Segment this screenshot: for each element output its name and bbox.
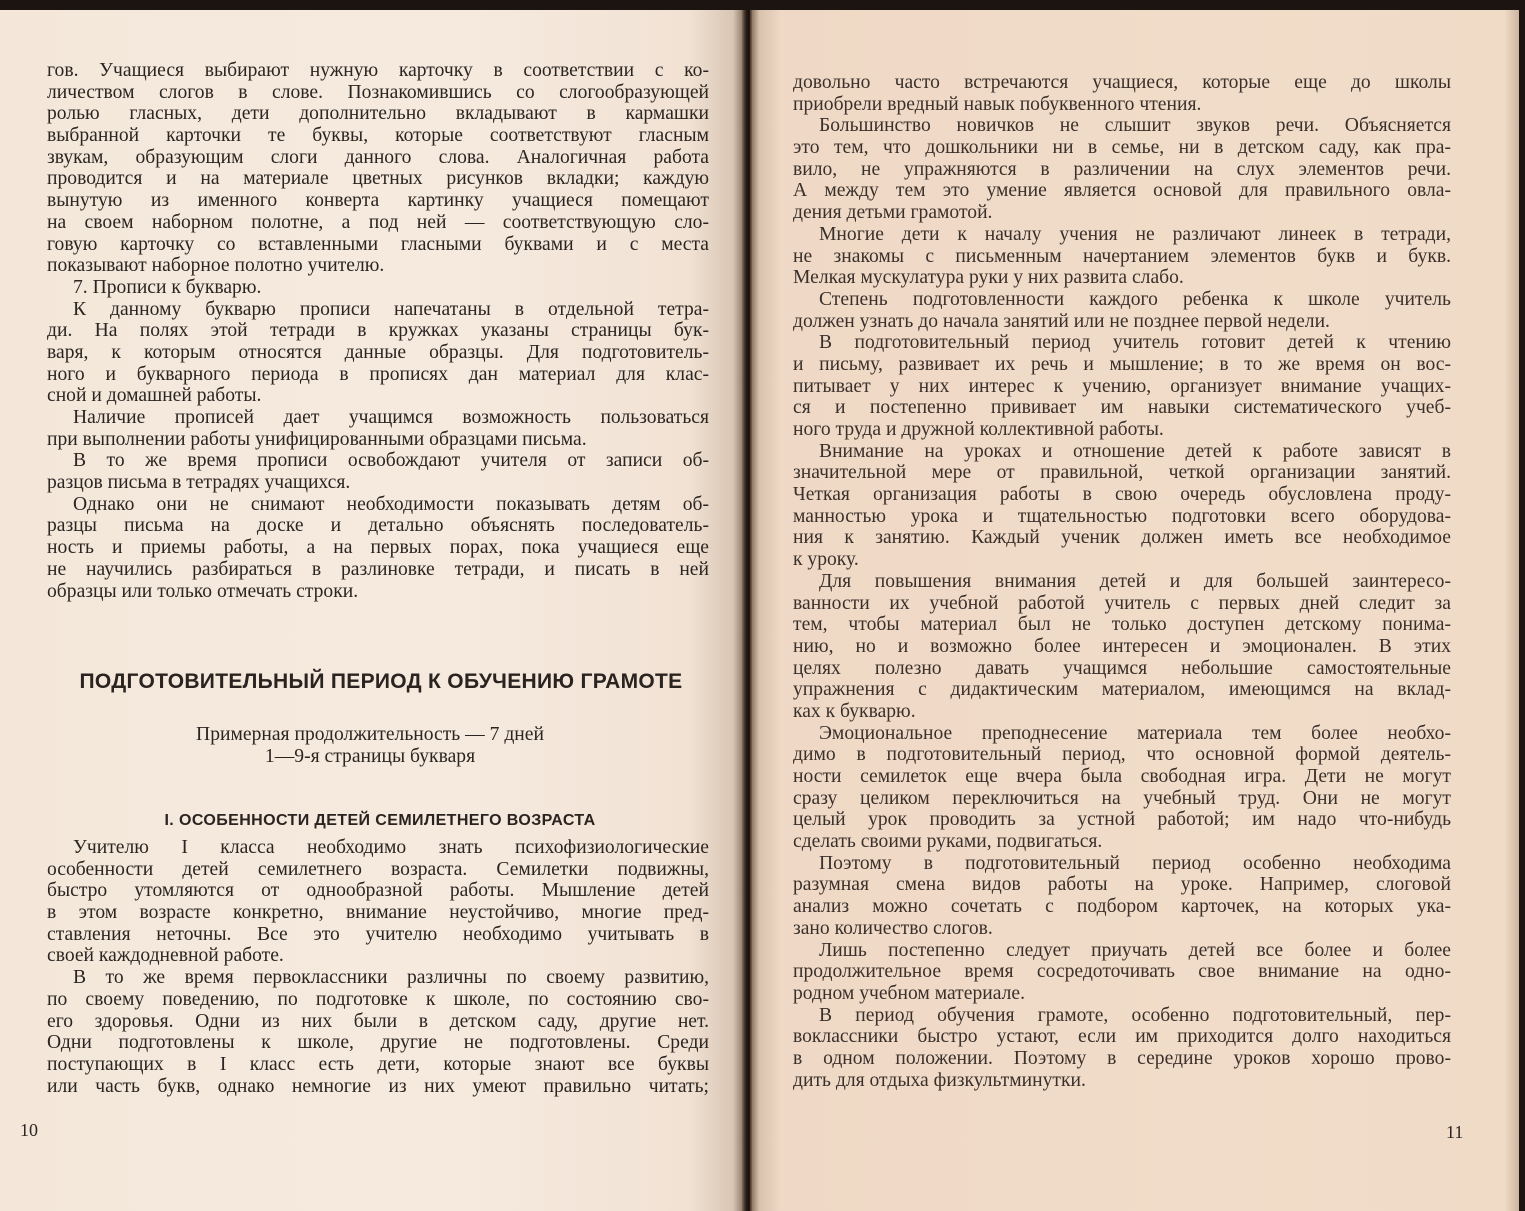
- chapter-heading: ПОДГОТОВИТЕЛЬНЫЙ ПЕРИОД К ОБУЧЕНИЮ ГРАМО…: [36, 670, 726, 694]
- paragraph: Для повышения внимания детей и для больш…: [793, 571, 1451, 723]
- text-line: Внимание на уроках и отношение детей к р…: [793, 441, 1451, 463]
- text-line: ность и приемы работы, а на первых порах…: [47, 537, 709, 559]
- text-line: ди. На полях этой тетради в кружках указ…: [47, 320, 709, 342]
- text-line: зано количество слогов.: [793, 918, 1451, 940]
- text-line: В подготовительный период учитель готови…: [793, 332, 1451, 354]
- paragraph: Эмоциональное преподнесение материала те…: [793, 723, 1451, 853]
- right-page-body: довольно часто встречаются учащиеся, кот…: [793, 72, 1451, 1091]
- paragraph: 7. Прописи к букварю.: [47, 277, 709, 299]
- page-number-right: 11: [1446, 1122, 1463, 1143]
- book-spread: гов. Учащиеся выбирают нужную карточку в…: [0, 0, 1525, 1211]
- text-line: образцы или только отмечать строки.: [47, 581, 709, 603]
- text-line: В период обучения грамоте, особенно подг…: [793, 1005, 1451, 1027]
- text-line: продолжительное время сосредоточивать св…: [793, 961, 1451, 983]
- text-line: личеством слогов в слове. Познакомившись…: [47, 82, 709, 104]
- text-line: димо в подготовительный период, что осно…: [793, 744, 1451, 766]
- text-line: родном учебном материале.: [793, 983, 1451, 1005]
- text-line: особенности детей семилетнего возраста. …: [47, 859, 709, 881]
- paragraph: Степень подготовленности каждого ребенка…: [793, 289, 1451, 332]
- text-line: выбранной карточки те буквы, которые соо…: [47, 125, 709, 147]
- text-line: ролью гласных, дети дополнительно вклады…: [47, 103, 709, 125]
- text-line: Лишь постепенно следует приучать детей в…: [793, 940, 1451, 962]
- text-line: гов. Учащиеся выбирают нужную карточку в…: [47, 60, 709, 82]
- text-line: ках к букварю.: [793, 701, 1451, 723]
- text-line: говую карточку со вставленными гласными …: [47, 234, 709, 256]
- text-line: Поэтому в подготовительный период особен…: [793, 853, 1451, 875]
- text-line: ного и букварного периода в прописях дан…: [47, 364, 709, 386]
- duration-line: Примерная продолжительность — 7 дней: [60, 724, 680, 746]
- text-line: целый урок проводить за устной работой; …: [793, 809, 1451, 831]
- text-line: разцы письма на доске и детально объясня…: [47, 515, 709, 537]
- paragraph: Многие дети к началу учения не различают…: [793, 224, 1451, 289]
- text-line: это тем, что дошкольники ни в семье, ни …: [793, 137, 1451, 159]
- text-line: к уроку.: [793, 549, 1451, 571]
- text-line: не научились разбираться в разлиновке те…: [47, 559, 709, 581]
- text-line: Одни подготовлены к школе, другие не под…: [47, 1032, 709, 1054]
- paragraph: Учителю I класса необходимо знать психоф…: [47, 837, 709, 967]
- text-line: поступающих в I класс есть дети, которые…: [47, 1054, 709, 1076]
- text-line: Четкая организация работы в свою очередь…: [793, 484, 1451, 506]
- text-line: быстро утомляются от однообразной работы…: [47, 880, 709, 902]
- paragraph: В подготовительный период учитель готови…: [793, 332, 1451, 440]
- paragraph: В период обучения грамоте, особенно подг…: [793, 1005, 1451, 1092]
- text-line: разцов письма в тетрадях учащихся.: [47, 472, 709, 494]
- text-line: Многие дети к началу учения не различают…: [793, 224, 1451, 246]
- paragraph: Лишь постепенно следует приучать детей в…: [793, 940, 1451, 1005]
- text-line: в этом возрасте конкретно, внимание неус…: [47, 902, 709, 924]
- paragraph: довольно часто встречаются учащиеся, кот…: [793, 72, 1451, 115]
- paragraph: Поэтому в подготовительный период особен…: [793, 853, 1451, 940]
- text-line: упражнения с дидактическим материалом, и…: [793, 679, 1451, 701]
- text-line: манностью урока и тщательностью подготов…: [793, 506, 1451, 528]
- text-line: дения детьми грамотой.: [793, 202, 1451, 224]
- text-line: по своему поведению, по подготовке к шко…: [47, 989, 709, 1011]
- page-number-left: 10: [20, 1120, 38, 1141]
- text-line: Для повышения внимания детей и для больш…: [793, 571, 1451, 593]
- text-line: его здоровья. Одни из них были в детском…: [47, 1011, 709, 1033]
- chapter-subinfo: Примерная продолжительность — 7 дней 1—9…: [60, 724, 680, 768]
- scan-top-edge: [0, 0, 1525, 10]
- text-line: В то же время прописи освобождают учител…: [47, 450, 709, 472]
- text-line: питывает у них интерес к учению, организ…: [793, 376, 1451, 398]
- paragraph: Внимание на уроках и отношение детей к р…: [793, 441, 1451, 571]
- text-line: ности семилеток еще вчера была свободная…: [793, 766, 1451, 788]
- text-line: ного труда и дружной коллективной работы…: [793, 419, 1451, 441]
- text-line: Мелкая мускулатура руки у них развита сл…: [793, 267, 1451, 289]
- text-line: звукам, образующим слоги данного слова. …: [47, 147, 709, 169]
- text-line: вило, не упражняются в различении на слу…: [793, 159, 1451, 181]
- text-line: нию, но и возможно более интересен и эмо…: [793, 636, 1451, 658]
- text-line: вынутую из именного конверта картинку уч…: [47, 190, 709, 212]
- text-line: должен узнать до начала занятий или не п…: [793, 311, 1451, 333]
- text-line: сделать своими руками, подвигаться.: [793, 831, 1451, 853]
- text-line: ванности их учебной работой учитель с пе…: [793, 593, 1451, 615]
- paragraph: Большинство новичков не слышит звуков ре…: [793, 115, 1451, 223]
- text-line: на своем наборном полотне, а под ней — с…: [47, 212, 709, 234]
- text-line: Наличие прописей дает учащимся возможнос…: [47, 407, 709, 429]
- text-line: Учителю I класса необходимо знать психоф…: [47, 837, 709, 859]
- paragraph: В то же время первоклассники различны по…: [47, 967, 709, 1097]
- text-line: проводится и на материале цветных рисунк…: [47, 168, 709, 190]
- book-spine: [742, 0, 752, 1211]
- text-line: не знакомы с письменным начертанием элем…: [793, 246, 1451, 268]
- text-line: Степень подготовленности каждого ребенка…: [793, 289, 1451, 311]
- scan-right-edge: [1519, 0, 1525, 1211]
- text-line: В то же время первоклассники различны по…: [47, 967, 709, 989]
- text-line: значительной мере от правильной, четкой …: [793, 462, 1451, 484]
- text-line: сразу целиком переключиться на учебный т…: [793, 788, 1451, 810]
- text-line: показывают наборное полотно учителю.: [47, 255, 709, 277]
- text-line: воклассники быстро устают, если им прихо…: [793, 1026, 1451, 1048]
- text-line: и письму, развивает их речь и мышление; …: [793, 354, 1451, 376]
- text-line: тем, чтобы материал был не только доступ…: [793, 614, 1451, 636]
- paragraph: Наличие прописей дает учащимся возможнос…: [47, 407, 709, 450]
- paragraph: К данному букварю прописи напечатаны в о…: [47, 299, 709, 407]
- text-line: Большинство новичков не слышит звуков ре…: [793, 115, 1451, 137]
- text-line: или часть букв, однако немногие из них у…: [47, 1076, 709, 1098]
- text-line: сной и домашней работы.: [47, 385, 709, 407]
- section-heading: I. ОСОБЕННОСТИ ДЕТЕЙ СЕМИЛЕТНЕГО ВОЗРАСТ…: [80, 812, 680, 830]
- text-line: приобрели вредный навык побуквенного чте…: [793, 94, 1451, 116]
- text-line: К данному букварю прописи напечатаны в о…: [47, 299, 709, 321]
- text-line: анализ можно сочетать с подбором карточе…: [793, 896, 1451, 918]
- text-line: дить для отдыха физкультминутки.: [793, 1070, 1451, 1092]
- text-line: Однако они не снимают необходимости пока…: [47, 494, 709, 516]
- primer-pages-line: 1—9-я страницы букваря: [60, 746, 680, 768]
- paragraph: гов. Учащиеся выбирают нужную карточку в…: [47, 60, 709, 277]
- text-line: ся и постепенно прививает им навыки сист…: [793, 397, 1451, 419]
- paragraph: Однако они не снимают необходимости пока…: [47, 494, 709, 602]
- text-line: при выполнении работы унифицированными о…: [47, 429, 709, 451]
- text-line: ния к занятию. Каждый ученик должен имет…: [793, 527, 1451, 549]
- text-line: А между тем это умение является основой …: [793, 180, 1451, 202]
- text-line: 7. Прописи к букварю.: [47, 277, 709, 299]
- text-line: Эмоциональное преподнесение материала те…: [793, 723, 1451, 745]
- text-line: целях полезно давать учащимся небольшие …: [793, 658, 1451, 680]
- text-line: варя, к которым относятся данные образцы…: [47, 342, 709, 364]
- text-line: довольно часто встречаются учащиеся, кот…: [793, 72, 1451, 94]
- left-page-body-bottom: Учителю I класса необходимо знать психоф…: [47, 837, 709, 1097]
- paragraph: В то же время прописи освобождают учител…: [47, 450, 709, 493]
- text-line: своей каждодневной работе.: [47, 945, 709, 967]
- text-line: ставления неточны. Все это учителю необх…: [47, 924, 709, 946]
- text-line: в одном положении. Поэтому в середине ур…: [793, 1048, 1451, 1070]
- text-line: разумная смена видов работы на уроке. На…: [793, 874, 1451, 896]
- left-page-body-top: гов. Учащиеся выбирают нужную карточку в…: [47, 60, 709, 602]
